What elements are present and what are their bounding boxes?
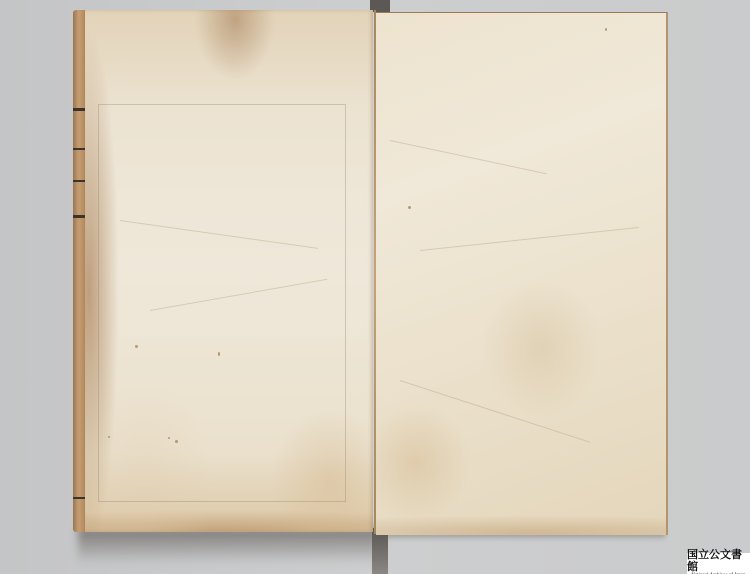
book-gutter [374, 10, 376, 534]
book-shadow-left [78, 528, 378, 564]
foxing-spot [168, 437, 170, 439]
binding-mark [73, 215, 85, 218]
foxing-spot [135, 345, 138, 348]
watermark-japanese: 国立公文書館 [687, 549, 750, 573]
binding-mark [73, 148, 85, 150]
foxing-spot [175, 440, 178, 443]
right-page [376, 12, 668, 535]
spine-shadow-top [370, 0, 390, 12]
binding-mark [73, 180, 85, 182]
foxing-spot [408, 206, 411, 209]
binding-mark [73, 497, 85, 499]
printed-frame-border [98, 104, 346, 502]
foxing-spot [218, 352, 220, 356]
foxing-spot [605, 28, 607, 31]
archive-watermark: 国立公文書館 National Archives of Japan [687, 553, 750, 574]
binding-mark [73, 108, 85, 111]
foxing-spot [108, 436, 110, 438]
